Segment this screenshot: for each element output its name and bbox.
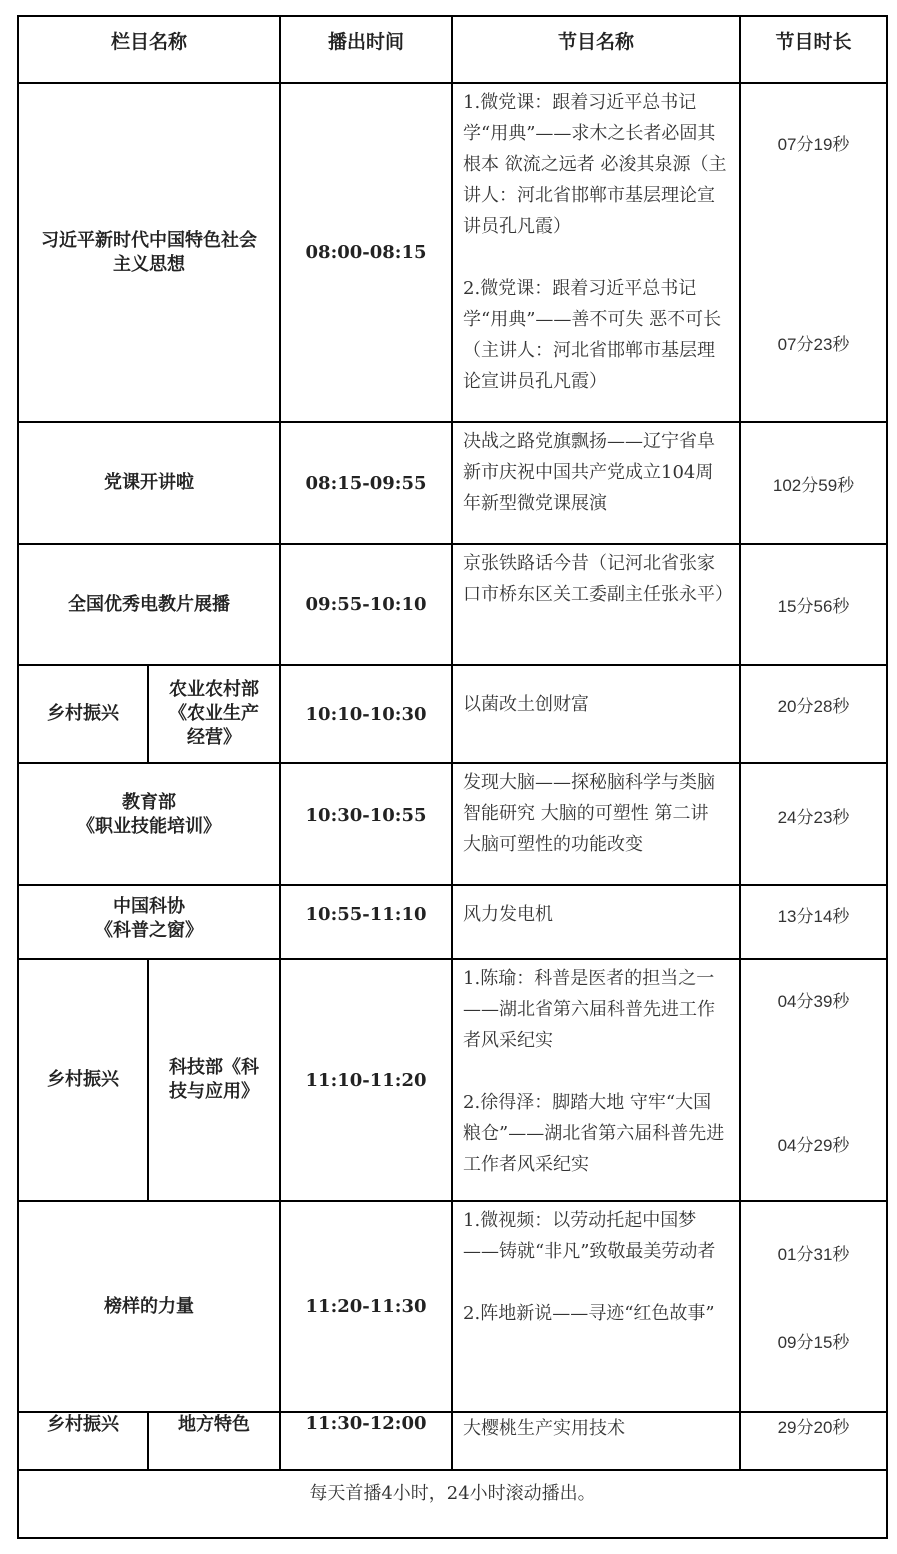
duration: 01分31秒 [741,1240,886,1265]
duration-cell: 29分20秒 [740,1412,887,1470]
duration: 04分29秒 [741,1131,886,1156]
column-name-cell: 习近平新时代中国特色社会主义思想 [18,83,280,422]
subcolumn-name-cell: 地方特色 [148,1412,280,1470]
program-title: 2.微党课：跟着习近平总书记学“用典”——善不可失 恶不可长（主讲人：河北省邯郸… [463,273,729,397]
table-row: 中国科协 《科普之窗》 10:55-11:10 风力发电机 13分14秒 [18,885,887,959]
air-time: 08:15-09:55 [280,422,452,544]
table-row: 习近平新时代中国特色社会主义思想 08:00-08:15 1.微党课：跟着习近平… [18,83,887,422]
duration-cell: 07分19秒 07分23秒 [740,83,887,422]
duration: 04分39秒 [741,987,886,1012]
duration: 07分23秒 [741,330,886,355]
column-name-line2: 《科普之窗》 [19,919,279,943]
program-title: 2.阵地新说——寻迹“红色故事” [463,1298,729,1329]
table-row: 乡村振兴 地方特色 11:30-12:00 大樱桃生产实用技术 29分20秒 [18,1412,887,1470]
subcolumn-name: 科技部《科技与应用》 [149,1056,279,1104]
column-name: 全国优秀电教片展播 [18,544,280,665]
column-name: 习近平新时代中国特色社会主义思想 [19,229,279,277]
program-title: 京张铁路话今昔（记河北省张家口市桥东区关工委副主任张永平） [463,548,729,610]
broadcast-schedule-table: 栏目名称 播出时间 节目名称 节目时长 习近平新时代中国特色社会主义思想 08:… [17,15,888,1539]
subcolumn-name: 农业农村部《农业生产经营》 [149,678,279,750]
table-row: 榜样的力量 11:20-11:30 1.微视频：以劳动托起中国梦——铸就“非凡”… [18,1201,887,1412]
duration-cell: 01分31秒 09分15秒 [740,1201,887,1412]
program-title: 风力发电机 [463,899,729,930]
duration-cell: 04分39秒 04分29秒 [740,959,887,1201]
air-time-cell: 10:30-10:55 [280,763,452,885]
header-program-name: 节目名称 [452,16,740,83]
program-cell: 决战之路党旗飘扬——辽宁省阜新市庆祝中国共产党成立104周年新型微党课展演 [452,422,740,544]
air-time: 11:20-11:30 [280,1201,452,1412]
air-time-cell: 11:30-12:00 [280,1412,452,1470]
duration-cell: 13分14秒 [740,885,887,959]
column-name-cell: 中国科协 《科普之窗》 [18,885,280,959]
program-cell: 1.微视频：以劳动托起中国梦——铸就“非凡”致敬最美劳动者 2.阵地新说——寻迹… [452,1201,740,1412]
column-name-line1: 中国科协 [19,895,279,919]
duration: 102分59秒 [740,422,887,544]
footer-note: 每天首播4小时，24小时滚动播出。 [18,1470,887,1538]
column-name: 榜样的力量 [18,1201,280,1412]
duration: 29分20秒 [741,1413,886,1438]
column-name-line2: 《职业技能培训》 [19,815,279,839]
air-time: 11:30-12:00 [281,1413,451,1434]
subcolumn-name-cell: 农业农村部《农业生产经营》 [148,665,280,763]
program-cell: 发现大脑——探秘脑科学与类脑智能研究 大脑的可塑性 第二讲 大脑可塑性的功能改变 [452,763,740,885]
program-title: 大樱桃生产实用技术 [463,1413,729,1444]
duration: 09分15秒 [741,1328,886,1353]
duration: 13分14秒 [741,902,886,927]
air-time: 10:10-10:30 [280,665,452,763]
program-title: 1.陈瑜：科普是医者的担当之一——湖北省第六届科普先进工作者风采纪实 [463,963,729,1056]
duration-cell: 24分23秒 [740,763,887,885]
table-row: 党课开讲啦 08:15-09:55 决战之路党旗飘扬——辽宁省阜新市庆祝中国共产… [18,422,887,544]
table-row: 全国优秀电教片展播 09:55-10:10 京张铁路话今昔（记河北省张家口市桥东… [18,544,887,665]
program-cell: 京张铁路话今昔（记河北省张家口市桥东区关工委副主任张永平） [452,544,740,665]
column-name: 乡村振兴 [19,1413,147,1437]
column-name: 乡村振兴 [18,959,148,1201]
program-cell: 1.微党课：跟着习近平总书记学“用典”——求木之长者必固其根本 欲流之远者 必浚… [452,83,740,422]
air-time: 08:00-08:15 [280,83,452,422]
header-column-name: 栏目名称 [18,16,280,83]
header-duration: 节目时长 [740,16,887,83]
duration: 15分56秒 [740,544,887,665]
program-title: 1.微党课：跟着习近平总书记学“用典”——求木之长者必固其根本 欲流之远者 必浚… [463,87,729,242]
air-time: 10:55-11:10 [281,904,451,925]
column-name: 乡村振兴 [18,665,148,763]
subcolumn-name-cell: 科技部《科技与应用》 [148,959,280,1201]
column-name-cell: 教育部 《职业技能培训》 [18,763,280,885]
header-air-time: 播出时间 [280,16,452,83]
duration-cell: 20分28秒 [740,665,887,763]
column-name-cell: 乡村振兴 [18,1412,148,1470]
program-title: 决战之路党旗飘扬——辽宁省阜新市庆祝中国共产党成立104周年新型微党课展演 [463,426,729,519]
program-cell: 风力发电机 [452,885,740,959]
column-name: 党课开讲啦 [18,422,280,544]
air-time: 09:55-10:10 [280,544,452,665]
program-cell: 大樱桃生产实用技术 [452,1412,740,1470]
program-title: 发现大脑——探秘脑科学与类脑智能研究 大脑的可塑性 第二讲 大脑可塑性的功能改变 [463,767,729,860]
program-title: 1.微视频：以劳动托起中国梦——铸就“非凡”致敬最美劳动者 [463,1205,729,1267]
table-row: 乡村振兴 科技部《科技与应用》 11:10-11:20 1.陈瑜：科普是医者的担… [18,959,887,1201]
subcolumn-name: 地方特色 [149,1413,279,1437]
duration: 20分28秒 [741,692,886,717]
duration: 07分19秒 [741,130,886,155]
air-time: 11:10-11:20 [280,959,452,1201]
program-title: 2.徐得泽：脚踏大地 守牢“大国粮仓”——湖北省第六届科普先进工作者风采纪实 [463,1087,729,1180]
table-row: 乡村振兴 农业农村部《农业生产经营》 10:10-10:30 以菌改土创财富 2… [18,665,887,763]
duration: 24分23秒 [741,803,886,828]
table-row: 教育部 《职业技能培训》 10:30-10:55 发现大脑——探秘脑科学与类脑智… [18,763,887,885]
column-name-line1: 教育部 [19,791,279,815]
footer-row: 每天首播4小时，24小时滚动播出。 [18,1470,887,1538]
header-row: 栏目名称 播出时间 节目名称 节目时长 [18,16,887,83]
program-cell: 以菌改土创财富 [452,665,740,763]
air-time: 10:30-10:55 [281,805,451,826]
air-time-cell: 10:55-11:10 [280,885,452,959]
program-cell: 1.陈瑜：科普是医者的担当之一——湖北省第六届科普先进工作者风采纪实 2.徐得泽… [452,959,740,1201]
program-title: 以菌改土创财富 [463,689,729,720]
